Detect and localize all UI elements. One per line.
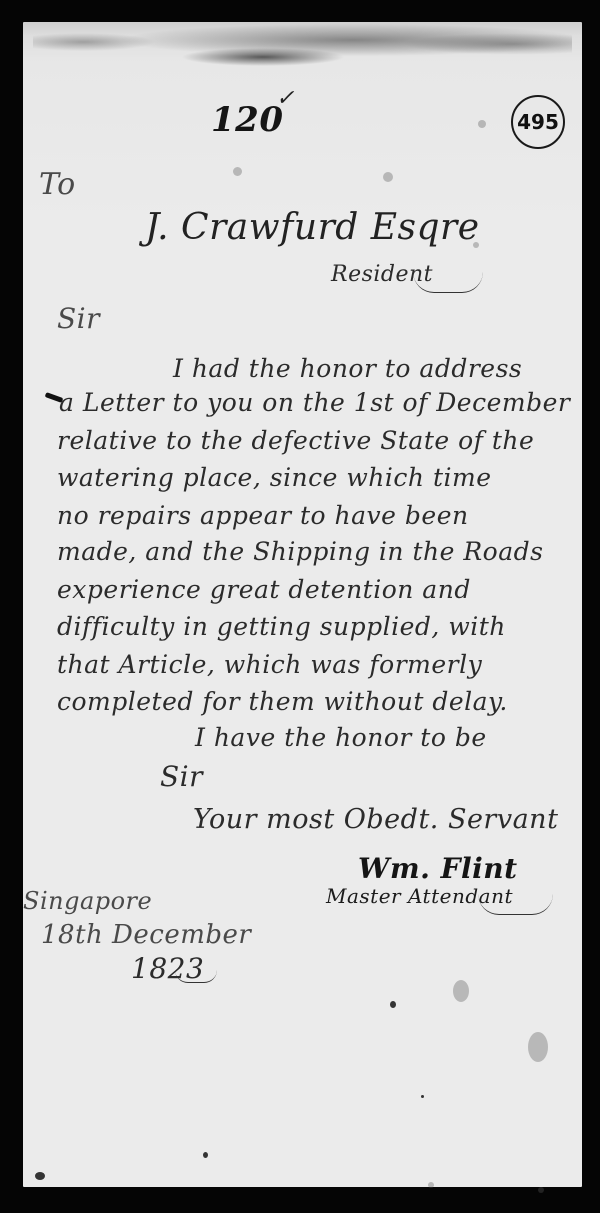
body-line-5: no repairs appear to have been [57, 501, 469, 530]
signature: Wm. Flint [358, 852, 518, 885]
foxing-spot [478, 120, 486, 128]
foxing-spot [538, 1187, 544, 1193]
flourish [413, 272, 483, 293]
folio-number: 120 [211, 100, 283, 140]
flourish [478, 894, 553, 915]
archive-stamp: 495 [511, 95, 565, 149]
water-stain [33, 22, 572, 72]
closing-line-2: Sir [160, 760, 203, 793]
body-line-6: made, and the Shipping in the Roads [57, 537, 543, 566]
ink-spot [35, 1172, 45, 1180]
body-line-8: difficulty in getting supplied, with [57, 612, 506, 641]
ink-spot [390, 1001, 396, 1008]
salutation-prefix: To [39, 167, 76, 202]
greeting: Sir [57, 302, 100, 335]
letter-page: 120 ✓ 495 To J. Crawfurd Esqre Resident … [23, 22, 582, 1187]
date-day: 18th December [41, 920, 251, 950]
check-tick-icon: ✓ [276, 86, 295, 111]
foxing-spot [233, 167, 242, 176]
addressee-name: J. Crawfurd Esqre [145, 207, 480, 248]
body-line-10: completed for them without delay. [57, 687, 508, 716]
closing-line-1: I have the honor to be [195, 723, 487, 752]
ink-spot [421, 1095, 424, 1098]
flourish [175, 970, 217, 983]
foxing-spot [383, 172, 393, 182]
foxing-spot [453, 980, 469, 1002]
place: Singapore [23, 887, 152, 915]
foxing-spot [428, 1182, 434, 1188]
body-line-3: relative to the defective State of the [57, 426, 534, 455]
body-line-1: I had the honor to address [173, 354, 522, 383]
body-line-9: that Article, which was formerly [57, 650, 482, 679]
foxing-spot [528, 1032, 548, 1062]
body-line-4: watering place, since which time [57, 463, 492, 492]
ink-spot [203, 1152, 208, 1158]
body-line-2: a Letter to you on the 1st of December [59, 388, 570, 417]
closing-line-3: Your most Obedt. Servant [193, 804, 558, 835]
archive-stamp-number: 495 [517, 110, 559, 134]
body-line-7: experience great detention and [57, 575, 471, 604]
